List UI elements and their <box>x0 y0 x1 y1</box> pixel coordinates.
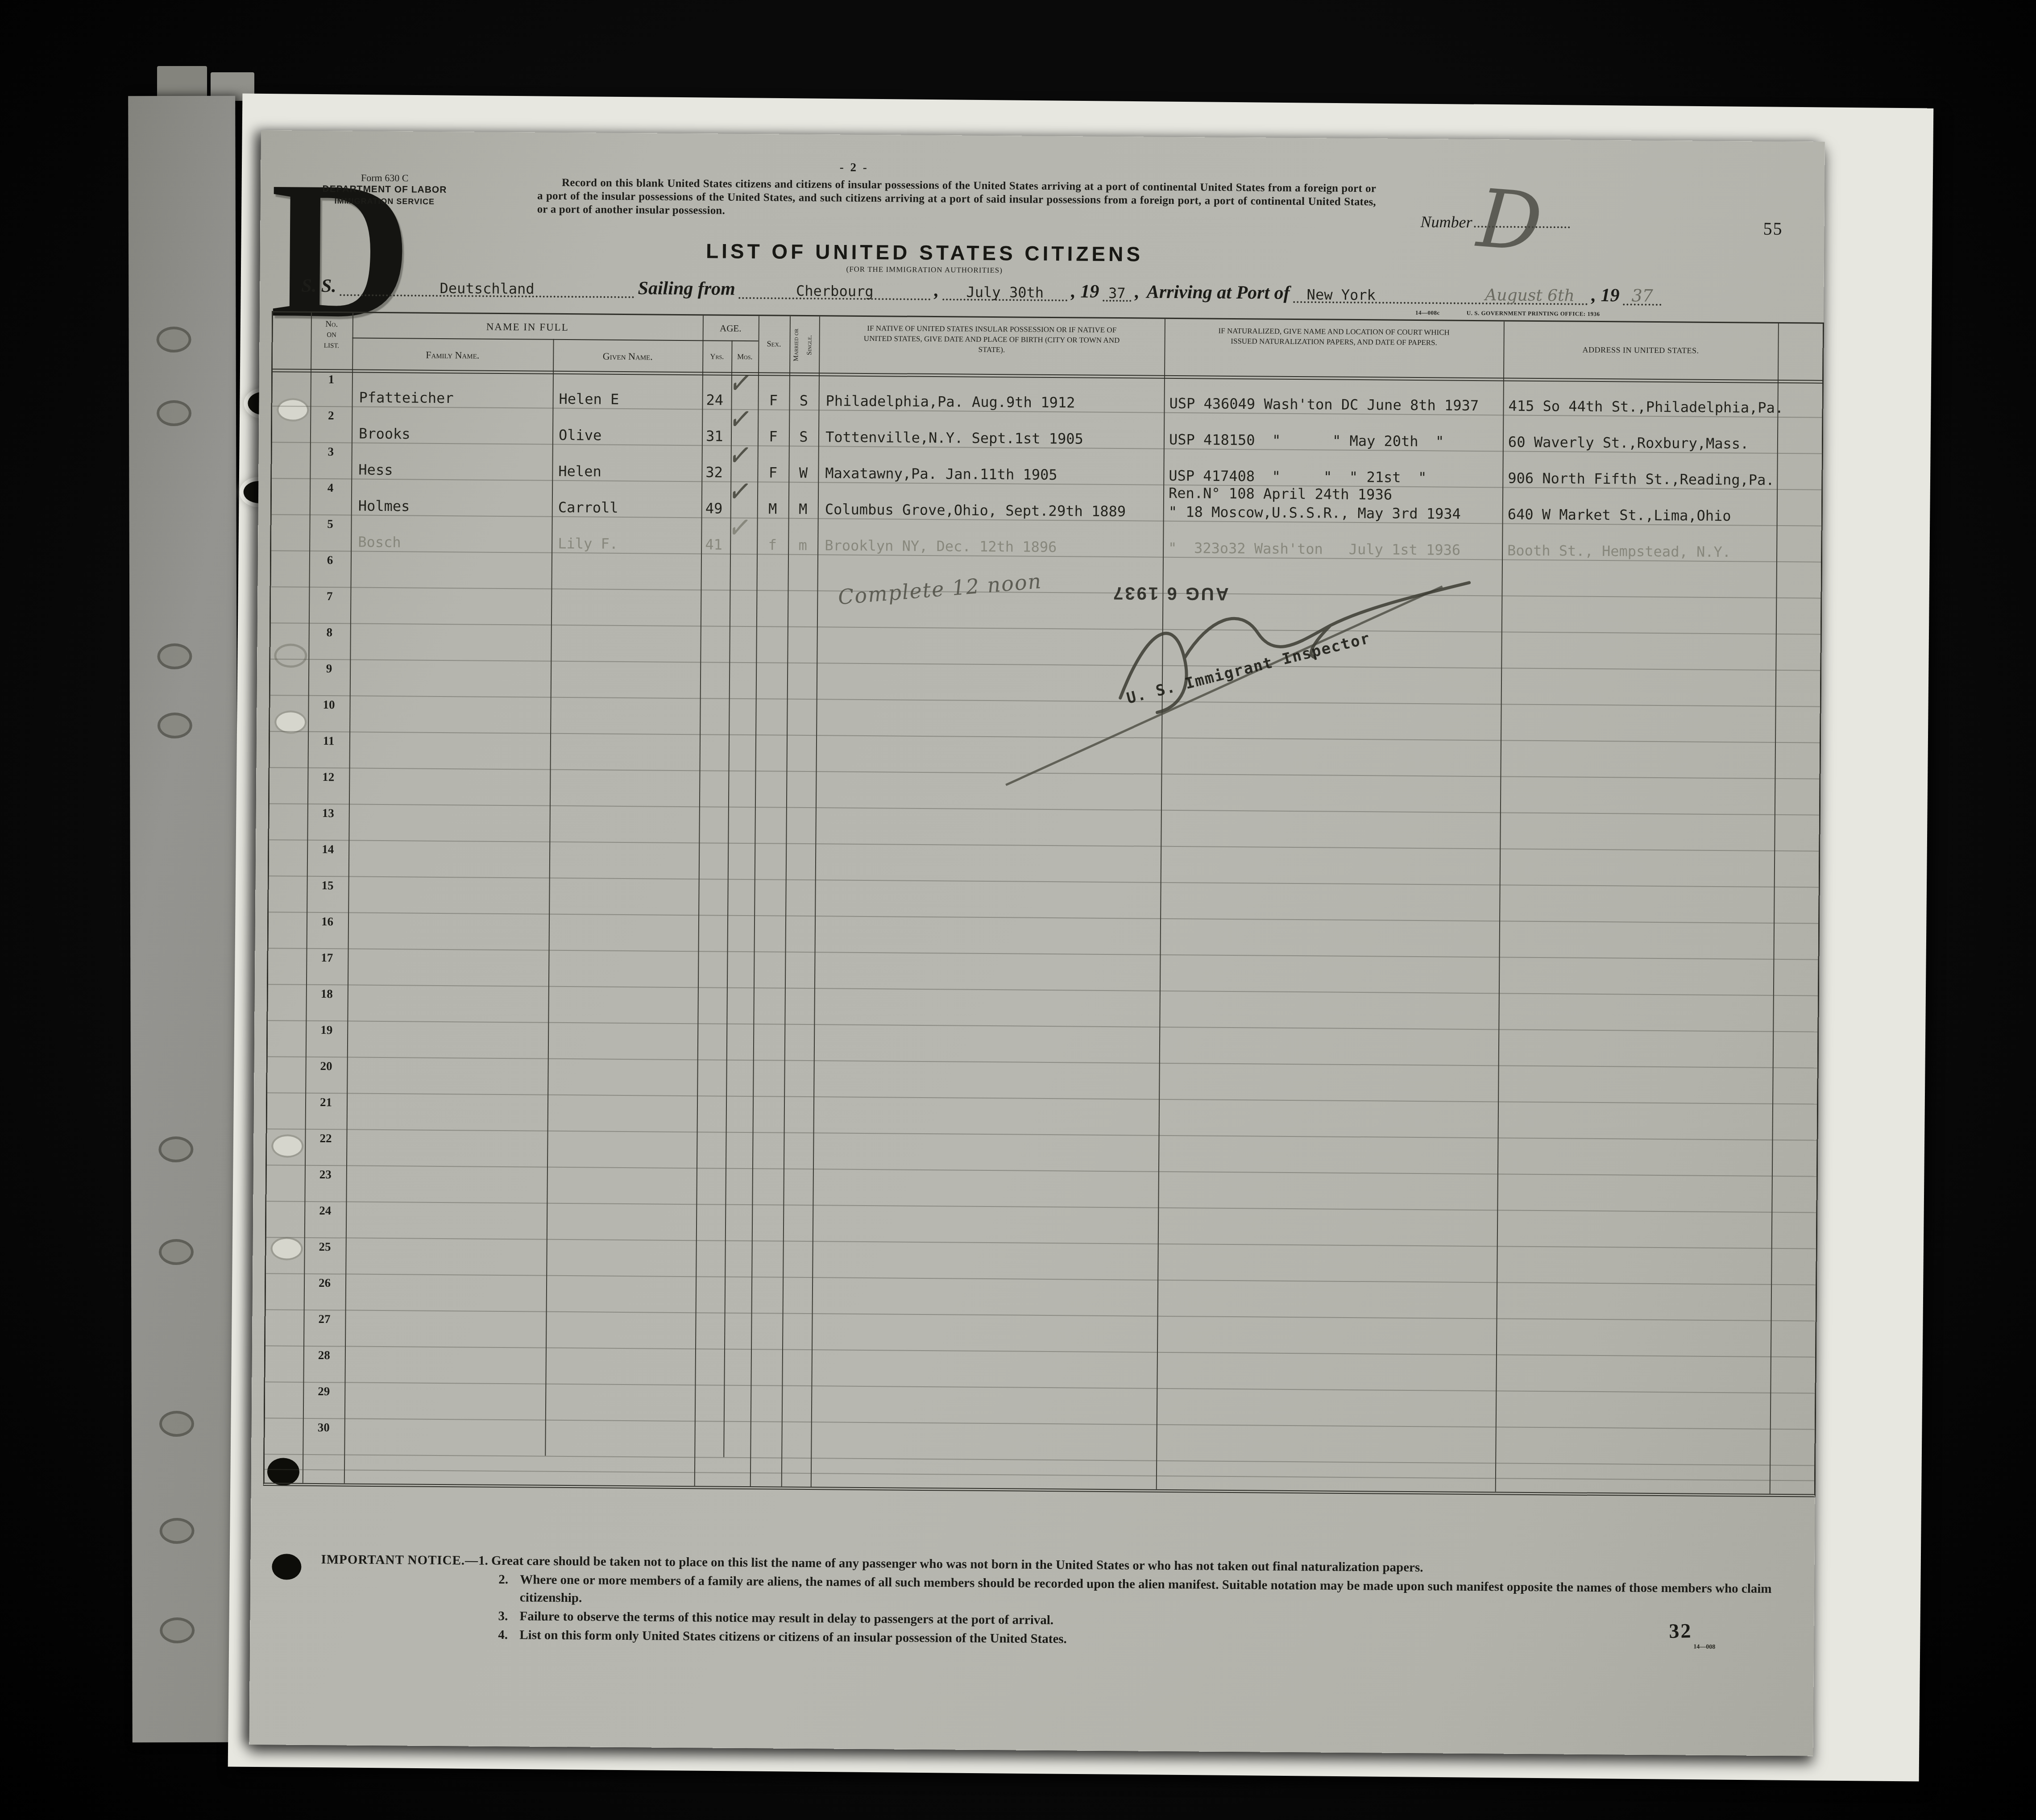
cell-given-name: Olive <box>559 427 602 444</box>
row-number: 26 <box>304 1276 345 1290</box>
row-number: 12 <box>307 770 349 784</box>
row-number: 8 <box>309 626 350 640</box>
row-number: 16 <box>307 915 348 929</box>
cell-birthplace: Philadelphia,Pa. Aug.9th 1912 <box>825 392 1075 411</box>
arrive-year-handwritten: 37 <box>1631 286 1653 306</box>
col-header-name-in-full: NAME IN FULL <box>352 320 703 335</box>
row-number: 21 <box>305 1095 347 1110</box>
col-header-family-name: Family Name. <box>352 349 553 362</box>
row-number: 13 <box>307 806 349 821</box>
voyage-line: S. S. Deutschland Sailing from Cherbourg… <box>298 270 1683 306</box>
manifest-table: No. ON LIST. NAME IN FULL Family Name. G… <box>263 311 1824 1497</box>
row-number: 24 <box>304 1204 346 1218</box>
row-number: 15 <box>307 879 348 893</box>
cell-birthplace: Tottenville,N.Y. Sept.1st 1905 <box>825 428 1083 447</box>
sailing-from-label: Sailing from <box>634 278 739 299</box>
ship-name-line: Deutschland <box>340 273 634 298</box>
row-number: 19 <box>306 1023 347 1037</box>
sail-year: 37 <box>1108 285 1126 302</box>
notice-item-2-num: 2. <box>498 1571 514 1606</box>
punch-hole <box>160 1617 195 1643</box>
number-handwritten-value: D <box>1474 172 1546 270</box>
form-identification: Form 630 C DEPARTMENT OF LABOR IMMIGRATI… <box>313 172 456 207</box>
sail-date: July 30th <box>966 284 1044 301</box>
cell-us-address: 415 So 44th St.,Philadelphia,Pa. <box>1508 398 1783 417</box>
row-number: 23 <box>305 1168 346 1182</box>
grid-line <box>265 1469 1814 1481</box>
punch-hole <box>160 1518 195 1544</box>
cell-birthplace: Maxatawny,Pa. Jan.11th 1905 <box>825 464 1057 483</box>
manifest-page: - 2 - D Form 630 C DEPARTMENT OF LABOR I… <box>249 130 1825 1756</box>
cell-naturalization: " 323o32 Wash'ton July 1st 1936 <box>1168 539 1460 559</box>
notice-item-1-num: 1. <box>478 1554 488 1568</box>
cell-marital-status: M <box>788 501 818 518</box>
notice-label: IMPORTANT NOTICE.— <box>321 1552 478 1568</box>
cell-age-years: 41 <box>705 536 722 553</box>
row-number: 30 <box>303 1421 344 1435</box>
col-header-mos: Mos. <box>731 352 758 361</box>
cell-age-years: 32 <box>705 464 723 481</box>
cell-marital-status: W <box>788 464 818 481</box>
punch-hole <box>158 1136 193 1162</box>
cell-us-address: 60 Waverly St.,Roxbury,Mass. <box>1508 434 1749 452</box>
cell-age-years: 31 <box>706 427 723 444</box>
printing-code-bottom: 14—008 <box>1693 1644 1715 1651</box>
col-header-no: No. ON LIST. <box>311 319 352 352</box>
col-header-no-2: ON <box>311 330 352 341</box>
scanned-photo-stage: - 2 - D Form 630 C DEPARTMENT OF LABOR I… <box>0 0 2036 1820</box>
comma: , <box>931 281 943 300</box>
cell-birthplace: Columbus Grove,Ohio, Sept.29th 1889 <box>825 501 1126 520</box>
form-number: Form 630 C <box>313 172 456 184</box>
col-header-age: AGE. <box>703 323 759 334</box>
port-from-line: Cherbourg <box>739 276 931 300</box>
number-label: Number <box>1420 213 1472 231</box>
col-header-sex: Sex. <box>758 339 789 349</box>
important-notice: IMPORTANT NOTICE.—1. Great care should b… <box>320 1551 1798 1653</box>
page-dash-number: - 2 - <box>809 160 899 174</box>
row-number: 1 <box>311 373 352 387</box>
cell-age-years: 49 <box>705 500 723 517</box>
cell-family-name: Hess <box>358 461 393 479</box>
sail-year-line: 37 <box>1103 278 1131 302</box>
cell-naturalization: " 18 Moscow,U.S.S.R., May 3rd 1934 <box>1169 503 1461 522</box>
cell-birthplace: Brooklyn NY, Dec. 12th 1896 <box>825 537 1057 556</box>
cell-naturalization: USP 418150 " " May 20th " <box>1169 431 1444 450</box>
cell-sex: F <box>758 428 789 445</box>
row-number: 11 <box>308 734 349 748</box>
row-number: 4 <box>310 481 351 495</box>
row-number: 28 <box>303 1348 345 1363</box>
cell-naturalization-line1: Ren.N° 108 April 24th 1936 <box>1169 485 1392 503</box>
cell-us-address: Booth St., Hempstead, N.Y. <box>1507 542 1731 561</box>
row-number: 10 <box>308 698 349 712</box>
row-number: 2 <box>310 409 352 423</box>
ship-name: Deutschland <box>440 280 535 298</box>
cell-age-years: 24 <box>706 391 723 408</box>
number-field: Number D <box>1420 210 1608 232</box>
port-from: Cherbourg <box>796 282 874 300</box>
grid-line <box>352 338 759 342</box>
row-number: 27 <box>303 1312 345 1327</box>
col-header-naturalized: IF NATURALIZED, GIVE NAME AND LOCATION O… <box>1165 325 1504 348</box>
year-printed: , 19 <box>1067 282 1103 302</box>
row-number: 20 <box>306 1059 347 1074</box>
cell-family-name: Bosch <box>358 534 401 551</box>
printing-code: 14—008c <box>1415 309 1440 316</box>
col-header-address: ADDRESS IN UNITED STATES. <box>1503 344 1778 356</box>
row-number: 18 <box>306 987 348 1001</box>
col-header-married-single: Married or Single. <box>789 319 819 371</box>
port-to-line: New York August 6th <box>1294 280 1588 305</box>
punch-hole <box>272 1554 301 1580</box>
notice-item-3-num: 3. <box>498 1607 513 1625</box>
row-number: 3 <box>310 445 352 459</box>
cell-given-name: Helen E <box>559 390 619 408</box>
punch-hole <box>159 1239 194 1265</box>
form-instructions: Record on this blank United States citiz… <box>537 176 1377 223</box>
sail-date-line: July 30th <box>942 277 1067 301</box>
cell-marital-status: S <box>789 428 818 445</box>
notice-item-4-num: 4. <box>498 1626 513 1644</box>
col-header-no-3: LIST. <box>311 340 352 352</box>
row-number: 14 <box>307 842 348 857</box>
row-number: 22 <box>305 1132 346 1146</box>
cell-marital-status: m <box>788 537 817 554</box>
row-number: 9 <box>308 662 350 676</box>
arrive-date-handwritten: August 6th <box>1485 286 1575 305</box>
cell-given-name: Carroll <box>558 499 618 516</box>
punch-hole <box>157 400 191 426</box>
cell-given-name: Helen <box>558 463 601 480</box>
port-to: New York <box>1307 286 1376 303</box>
cell-family-name: Holmes <box>358 497 410 515</box>
sheet-number: 55 <box>1763 218 1783 239</box>
age-checkmark: ✓ <box>726 362 755 404</box>
notice-item-4-text: List on this form only United States cit… <box>519 1626 1067 1648</box>
col-header-birth: IF NATIVE OF UNITED STATES INSULAR POSSE… <box>819 323 1164 356</box>
page-title: LIST OF UNITED STATES CITIZENS <box>668 239 1181 266</box>
year-printed: , 19 <box>1588 286 1623 306</box>
department-name: DEPARTMENT OF LABOR <box>313 183 456 196</box>
notice-item-3-text: Failure to observe the terms of this not… <box>519 1607 1053 1629</box>
cell-family-name: Pfatteicher <box>359 389 453 407</box>
cell-us-address: 906 North Fifth St.,Reading,Pa. <box>1508 470 1774 489</box>
service-name: IMMIGRATION SERVICE <box>313 195 456 207</box>
punch-hole <box>157 327 191 352</box>
cell-given-name: Lily F. <box>558 535 618 552</box>
row-number: 7 <box>309 589 350 604</box>
cell-sex: M <box>757 500 788 518</box>
punch-hole <box>158 713 192 738</box>
arriving-label: Arriving at Port of <box>1143 282 1294 303</box>
binder-page-edge <box>128 96 240 1743</box>
cell-sex: F <box>757 464 788 481</box>
row-number: 25 <box>304 1240 346 1254</box>
cell-naturalization: USP 436049 Wash'ton DC June 8th 1937 <box>1169 395 1479 414</box>
row-number: 5 <box>309 517 351 531</box>
cell-sex: F <box>758 392 789 409</box>
col-header-yrs: Yrs. <box>702 352 731 361</box>
row-number: 17 <box>306 951 348 965</box>
cell-family-name: Brooks <box>359 425 411 443</box>
col-header-no-1: No. <box>311 319 352 330</box>
col-header-given-name: Given Name. <box>553 350 702 363</box>
punch-hole <box>157 643 192 669</box>
row-number: 29 <box>303 1385 344 1399</box>
cell-us-address: 640 W Market St.,Lima,Ohio <box>1508 506 1731 525</box>
col-header-birth-text: IF NATIVE OF UNITED STATES INSULAR POSSE… <box>862 323 1121 356</box>
ss-label: S. S. <box>298 276 340 296</box>
cell-marital-status: S <box>789 392 818 409</box>
row-number: 6 <box>309 553 351 568</box>
punch-hole <box>159 1411 194 1437</box>
arrive-year-line: 37 <box>1623 282 1662 306</box>
printing-office-note: 14—008cU. S. GOVERNMENT PRINTING OFFICE:… <box>1415 309 1627 318</box>
cell-sex: f <box>757 536 788 554</box>
comma: , <box>1131 282 1143 302</box>
printing-office: U. S. GOVERNMENT PRINTING OFFICE: 1936 <box>1467 310 1600 317</box>
col-header-naturalized-text: IF NATURALIZED, GIVE NAME AND LOCATION O… <box>1214 326 1455 348</box>
cell-naturalization: USP 417408 " " " 21st " <box>1169 467 1426 486</box>
